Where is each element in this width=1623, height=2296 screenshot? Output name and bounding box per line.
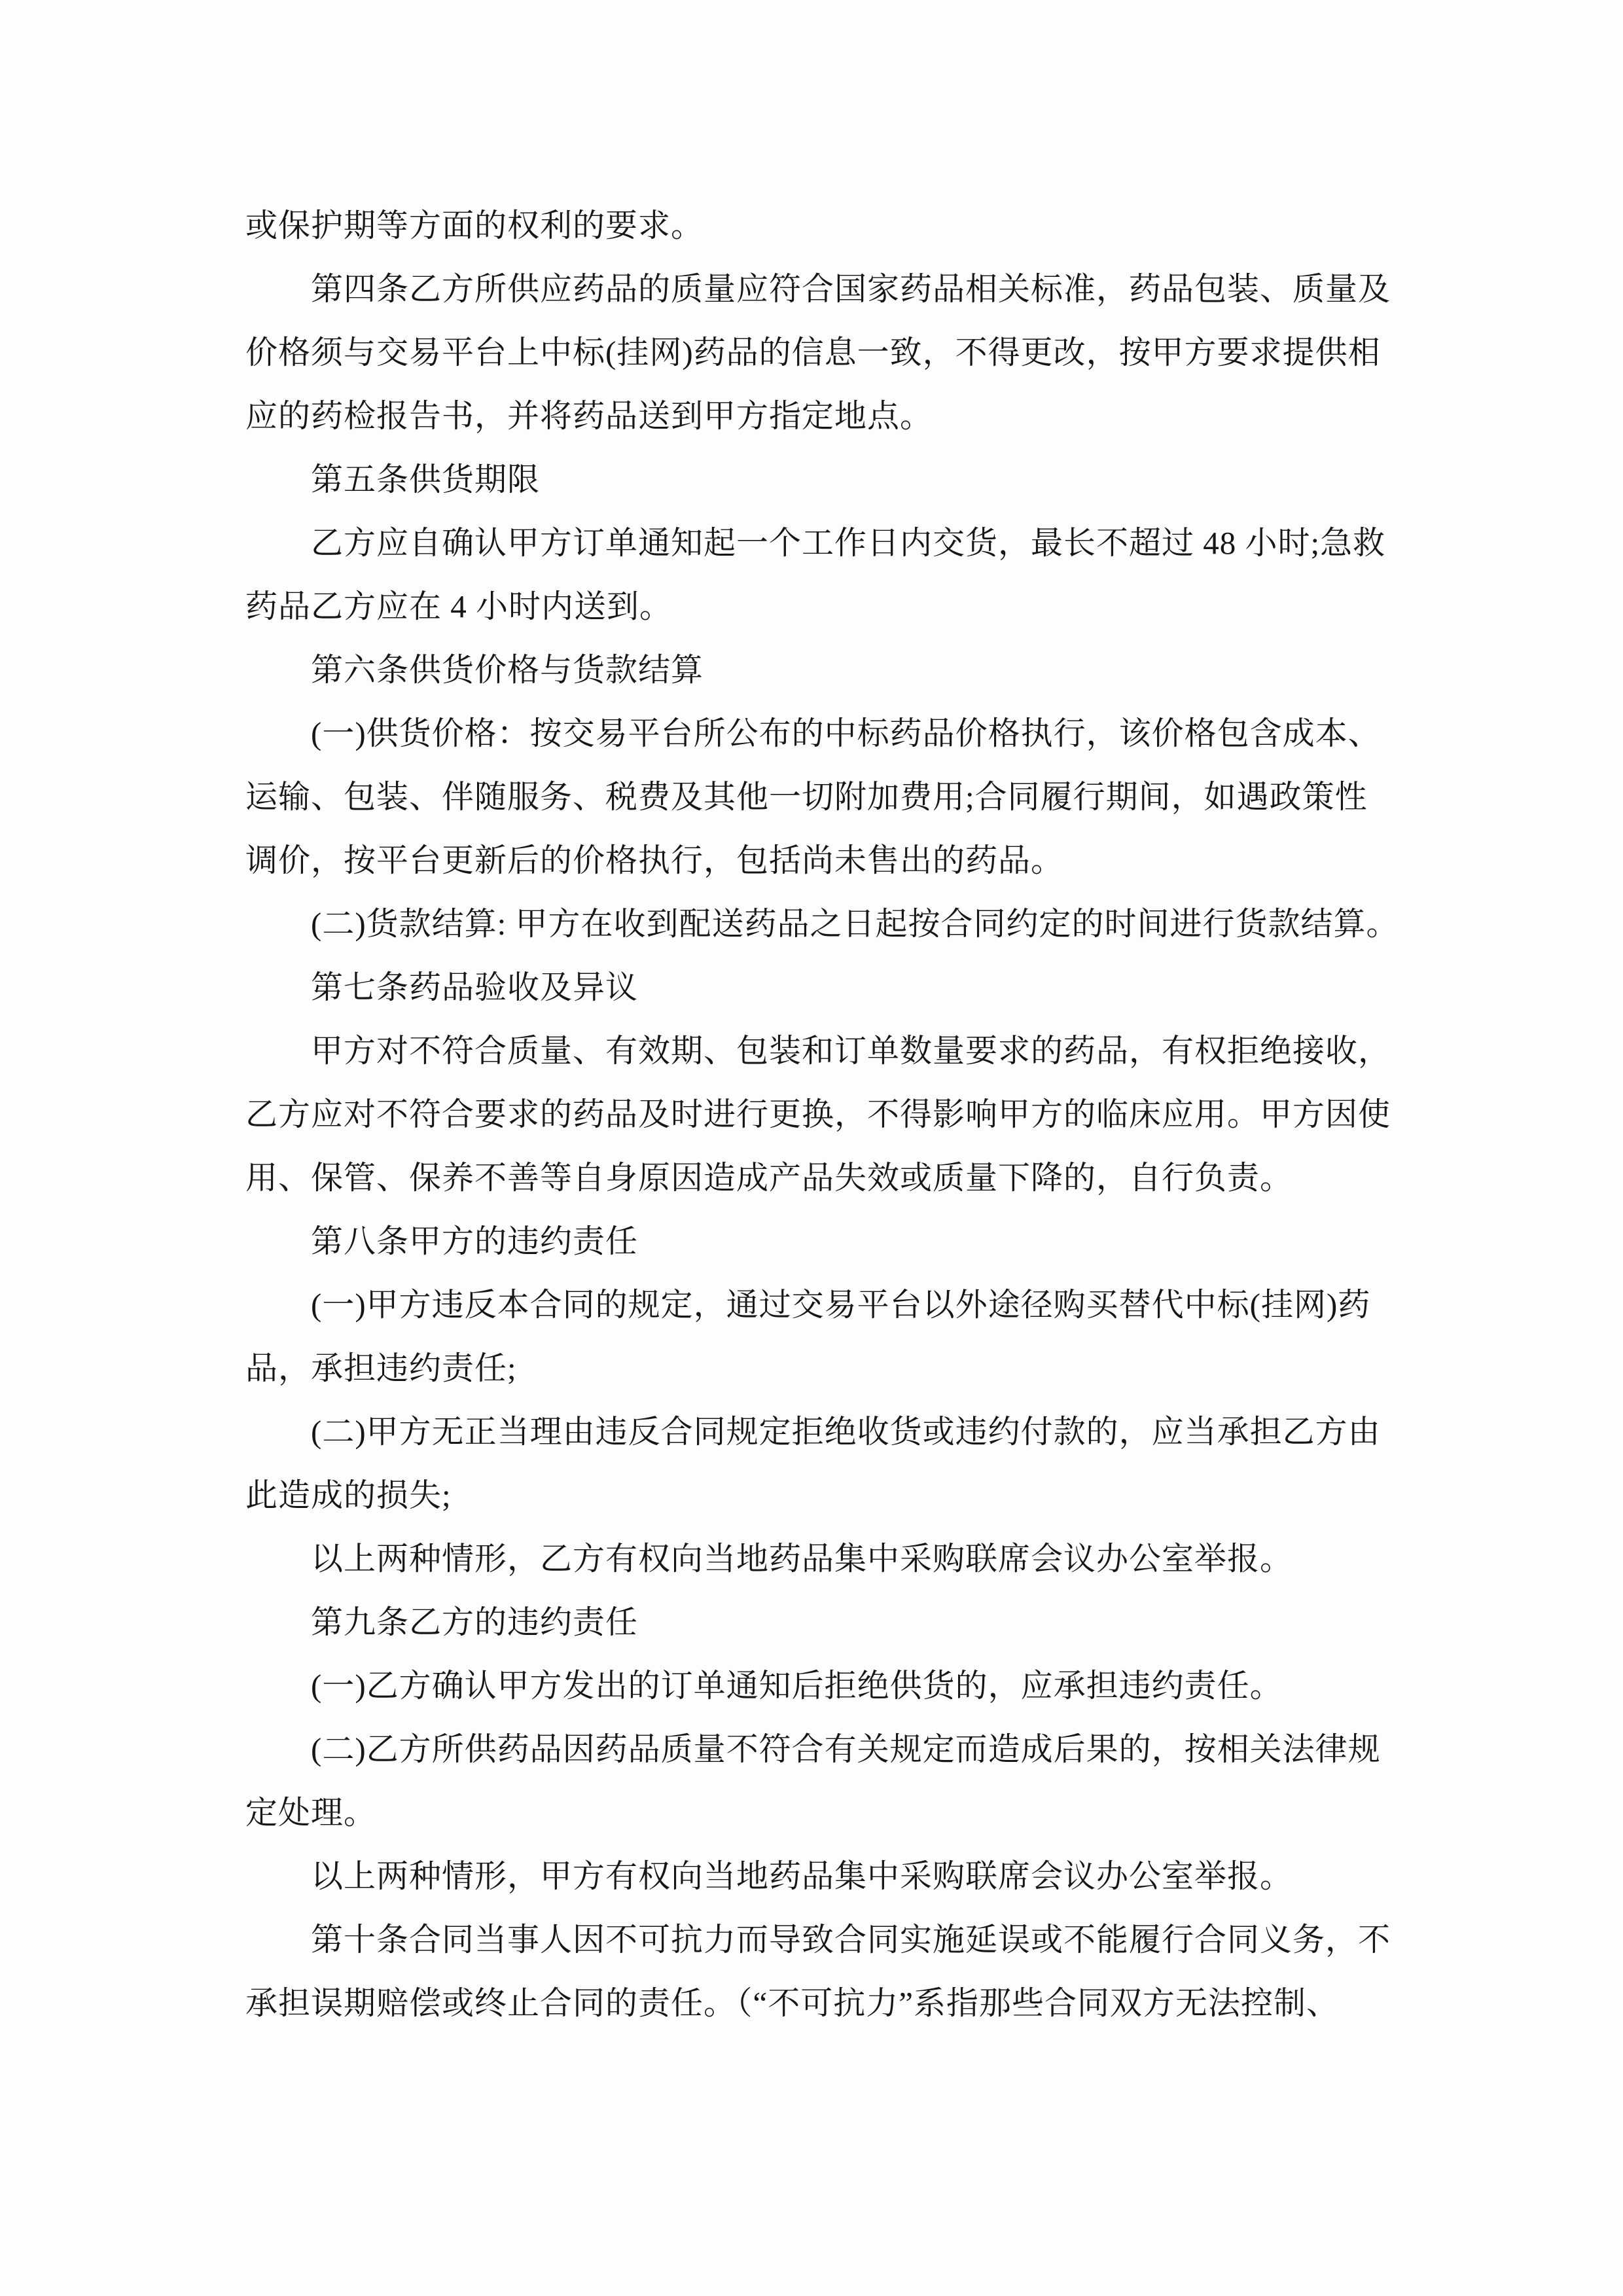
text-line: 或保护期等方面的权利的要求。 bbox=[245, 194, 1401, 257]
text-line: 品，承担违约责任; bbox=[245, 1336, 1401, 1400]
text-line: 第十条合同当事人因不可抗力而导致合同实施延误或不能履行合同义务，不 bbox=[245, 1908, 1401, 1971]
text-line: 承担误期赔偿或终止合同的责任。（“不可抗力”系指那些合同双方无法控制、 bbox=[245, 1971, 1401, 2035]
text-line: 乙方应自确认甲方订单通知起一个工作日内交货，最长不超过 48 小时;急救 bbox=[245, 511, 1401, 575]
text-line: (二)乙方所供药品因药品质量不符合有关规定而造成后果的，按相关法律规 bbox=[245, 1717, 1401, 1781]
text-line: (一)甲方违反本合同的规定，通过交易平台以外途径购买替代中标(挂网)药 bbox=[245, 1273, 1401, 1336]
text-line: 此造成的损失; bbox=[245, 1463, 1401, 1527]
text-line: 第七条药品验收及异议 bbox=[245, 956, 1401, 1019]
text-line: (二)货款结算: 甲方在收到配送药品之日起按合同约定的时间进行货款结算。 bbox=[245, 892, 1401, 956]
text-line: 第六条供货价格与货款结算 bbox=[245, 638, 1401, 702]
text-line: 第九条乙方的违约责任 bbox=[245, 1590, 1401, 1654]
text-line: 甲方对不符合质量、有效期、包装和订单数量要求的药品，有权拒绝接收， bbox=[245, 1019, 1401, 1083]
text-line: 乙方应对不符合要求的药品及时进行更换，不得影响甲方的临床应用。甲方因使 bbox=[245, 1083, 1401, 1146]
contract-text-column: 或保护期等方面的权利的要求。第四条乙方所供应药品的质量应符合国家药品相关标准，药… bbox=[245, 194, 1401, 2035]
text-line: 运输、包装、伴随服务、税费及其他一切附加费用;合同履行期间，如遇政策性 bbox=[245, 765, 1401, 829]
text-line: (一)乙方确认甲方发出的订单通知后拒绝供货的，应承担违约责任。 bbox=[245, 1654, 1401, 1717]
text-line: 第五条供货期限 bbox=[245, 448, 1401, 511]
text-line: 定处理。 bbox=[245, 1781, 1401, 1844]
text-line: 第四条乙方所供应药品的质量应符合国家药品相关标准，药品包装、质量及 bbox=[245, 257, 1401, 321]
text-line: 药品乙方应在 4 小时内送到。 bbox=[245, 575, 1401, 638]
text-line: 应的药检报告书，并将药品送到甲方指定地点。 bbox=[245, 384, 1401, 448]
text-line: 以上两种情形，乙方有权向当地药品集中采购联席会议办公室举报。 bbox=[245, 1527, 1401, 1590]
text-line: 第八条甲方的违约责任 bbox=[245, 1210, 1401, 1273]
text-line: (二)甲方无正当理由违反合同规定拒绝收货或违约付款的，应当承担乙方由 bbox=[245, 1400, 1401, 1463]
text-line: (一)供货价格：按交易平台所公布的中标药品价格执行，该价格包含成本、 bbox=[245, 702, 1401, 765]
text-line: 以上两种情形，甲方有权向当地药品集中采购联席会议办公室举报。 bbox=[245, 1844, 1401, 1908]
contract-page: 或保护期等方面的权利的要求。第四条乙方所供应药品的质量应符合国家药品相关标准，药… bbox=[0, 0, 1623, 2296]
text-line: 调价，按平台更新后的价格执行，包括尚未售出的药品。 bbox=[245, 829, 1401, 892]
text-line: 用、保管、保养不善等自身原因造成产品失效或质量下降的，自行负责。 bbox=[245, 1146, 1401, 1210]
text-line: 价格须与交易平台上中标(挂网)药品的信息一致，不得更改，按甲方要求提供相 bbox=[245, 321, 1401, 384]
